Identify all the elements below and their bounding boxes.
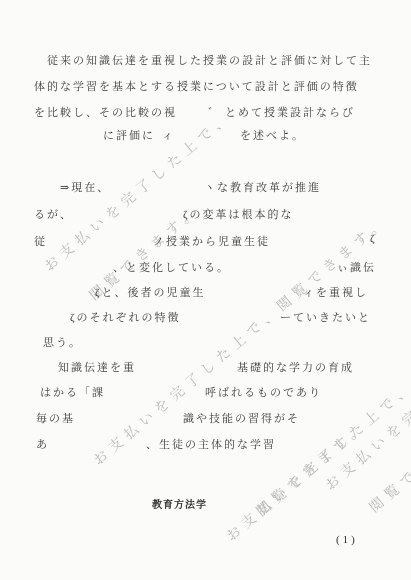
text-fragment: ζ [370, 233, 377, 245]
text-fragment: ζのそれぞれの特徴 [70, 309, 181, 325]
text-fragment: ノ授業から児童生徒 [153, 233, 270, 249]
text-fragment: ζの変革は根本的な [183, 206, 294, 222]
text-fragment: ィ [162, 127, 175, 143]
text-fragment: 従来の知識伝達を重視した授業の設計と評価に対して主 [47, 52, 372, 68]
text-fragment: はかる「課 [40, 384, 105, 400]
payment-watermark: お支払いを完了した上で、閲覧できます。 [89, 211, 392, 470]
text-fragment: 基礎的な学力の育成 [237, 359, 354, 375]
text-fragment: 知識伝達を重 [58, 359, 136, 375]
text-fragment: るが、 [34, 206, 73, 222]
text-fragment: 、と変化している。 [113, 259, 230, 275]
text-fragment: あ [36, 436, 49, 452]
text-fragment: ⇒現在、 [60, 179, 110, 195]
page-number: (1) [336, 534, 358, 546]
text-fragment: 毎の基 [36, 410, 75, 426]
text-fragment: 呼ばれるものであり [205, 384, 322, 400]
text-fragment: に評価に [103, 127, 155, 143]
text-fragment: ぃ識伝 [337, 259, 376, 275]
payment-watermark: 閲覧できます。 [252, 416, 371, 521]
text-fragment: を比較し、その比較の視 [34, 104, 177, 120]
payment-watermark: お支払いを完了した上で、 [222, 376, 411, 545]
text-fragment: ゛ [208, 104, 221, 120]
text-fragment: 体的な学習を基本とする授業について設計と評価の特徴 [34, 78, 359, 94]
payment-watermark: お支払いを完了した上で、 [321, 325, 411, 494]
text-fragment: 従 [34, 233, 47, 249]
text-fragment: ζと、後者の児童生 [95, 284, 206, 300]
text-fragment: ーていきたいと [280, 309, 371, 325]
text-fragment: ヽな教育改革が推進 [204, 179, 321, 195]
text-fragment: 思う。 [43, 334, 82, 350]
text-fragment: 、生徒の主体的な学習 [146, 436, 276, 452]
payment-watermark: 閲覧できます。 [365, 412, 411, 517]
text-fragment: ィを重視し [303, 284, 368, 300]
scanned-document-page: お支払いを完了した上で、閲覧できます。お支払いを完了した上で、閲覧できます。お支… [0, 0, 411, 580]
text-fragment: を述べよ。 [240, 127, 305, 143]
text-fragment: 識や技能の習得がそ [183, 410, 300, 426]
footer-course-title: 教育方法学 [152, 496, 207, 511]
text-fragment: とめて授業設計ならび [225, 104, 355, 120]
